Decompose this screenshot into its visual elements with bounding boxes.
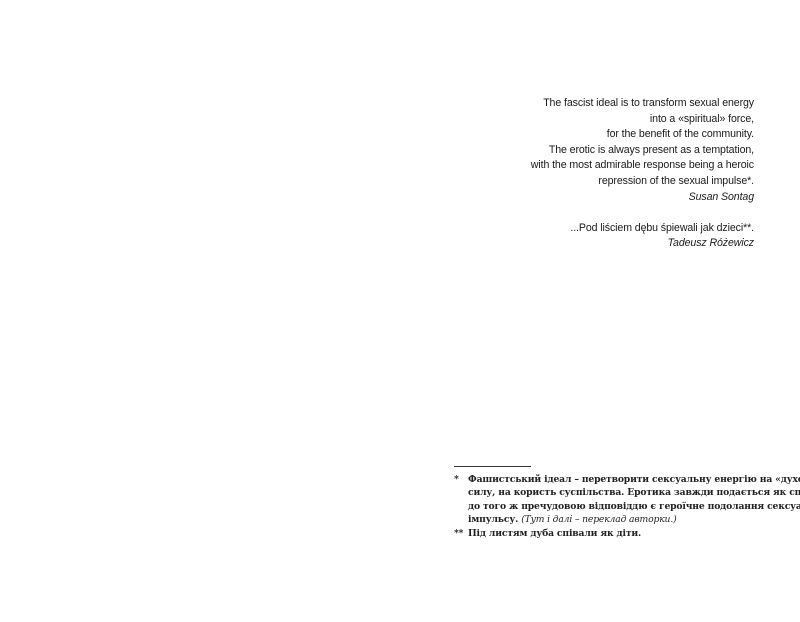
epigraph-line: repression of the sexual impulse*. (454, 174, 754, 190)
footnote-line: силу, на користь суспільства. Еротика за… (468, 486, 784, 499)
epigraph-author: Tadeusz Różewicz (454, 236, 754, 252)
epigraph-spacer (454, 205, 754, 221)
epigraph-author: Susan Sontag (454, 190, 754, 206)
epigraph-line: ...Pod liściem dębu śpiewali jak dzieci*… (454, 221, 754, 237)
footnote-1: * Фашистський ідеал – перетворити сексуа… (454, 473, 784, 527)
epigraph-line: The fascist ideal is to transform sexual… (454, 96, 754, 112)
epigraph: The fascist ideal is to transform sexual… (454, 96, 754, 252)
footnote-text: імпульсу. (468, 514, 518, 525)
epigraph-line: into a «spiritual» force, (454, 112, 754, 128)
translator-note: (Тут і далі – переклад авторки.) (521, 514, 676, 525)
footnote-line-last: імпульсу. (Тут і далі – переклад авторки… (468, 513, 784, 526)
footnote-line: до того ж пречудовою відповіддю є героїч… (468, 500, 784, 513)
book-page: The fascist ideal is to transform sexual… (0, 0, 800, 622)
footnote-separator (454, 466, 531, 467)
footnote-line: Під листям дуба співали як діти. (468, 527, 784, 540)
footnote-2: ** Під листям дуба співали як діти. (454, 527, 784, 540)
epigraph-line: with the most admirable response being a… (454, 158, 754, 174)
footnote-marker: * (454, 473, 459, 486)
epigraph-line: The erotic is always present as a tempta… (454, 143, 754, 159)
footnote-line: Фашистський ідеал – перетворити сексуаль… (468, 473, 784, 486)
footnote-marker: ** (454, 527, 463, 540)
epigraph-line: for the benefit of the community. (454, 127, 754, 143)
footnotes: * Фашистський ідеал – перетворити сексуа… (454, 466, 784, 540)
